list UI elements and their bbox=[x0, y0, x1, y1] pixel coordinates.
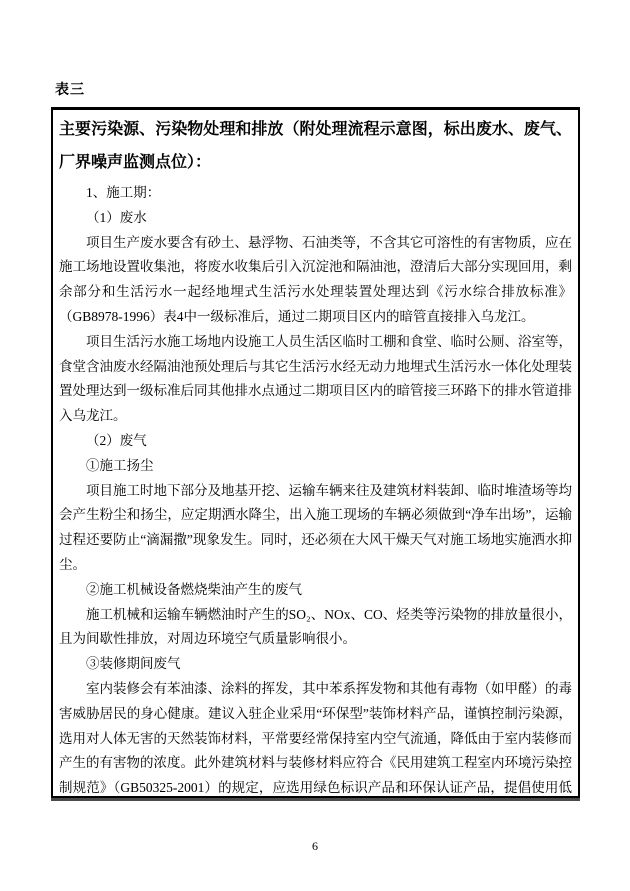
section-heading-wastewater: （1）废水 bbox=[59, 206, 572, 231]
subsection-heading-diesel-exhaust: ②施工机械设备燃烧柴油产生的废气 bbox=[59, 578, 572, 603]
paragraph-construction-dust: 项目施工时地下部分及地基开挖、运输车辆来往及建筑材料装卸、临时堆渣场等均会产生粉… bbox=[59, 479, 572, 578]
paragraph-domestic-wastewater: 项目生活污水施工场地内设施工人员生活区临时工棚和食堂、临时公厕、浴室等，食堂含油… bbox=[59, 330, 572, 429]
paragraph-production-wastewater: 项目生产废水要含有砂土、悬浮物、石油类等，不含其它可溶性的有害物质，应在施工场地… bbox=[59, 231, 572, 330]
table-label: 表三 bbox=[55, 79, 85, 99]
paragraph-decoration-gas: 室内装修会有苯油漆、涂料的挥发，其中苯系挥发物和其他有毒物（如甲醛）的毒害威胁居… bbox=[59, 677, 572, 798]
section-heading-waste-gas: （2）废气 bbox=[59, 429, 572, 454]
page-number: 6 bbox=[0, 839, 630, 854]
table-three-content-box: 主要污染源、污染物处理和排放（附处理流程示意图，标出废水、废气、厂界噪声监测点位… bbox=[51, 107, 580, 798]
paragraph-diesel-exhaust: 施工机械和运输车辆燃油时产生的SO₂、NOx、CO、烃类等污染物的排放量很小，且… bbox=[59, 603, 572, 653]
subsection-heading-construction-dust: ①施工扬尘 bbox=[59, 454, 572, 479]
table-title: 主要污染源、污染物处理和排放（附处理流程示意图，标出废水、废气、厂界噪声监测点位… bbox=[59, 113, 572, 179]
subsection-heading-decoration-gas: ③装修期间废气 bbox=[59, 652, 572, 677]
section-heading-construction-period: 1、施工期： bbox=[59, 181, 572, 206]
